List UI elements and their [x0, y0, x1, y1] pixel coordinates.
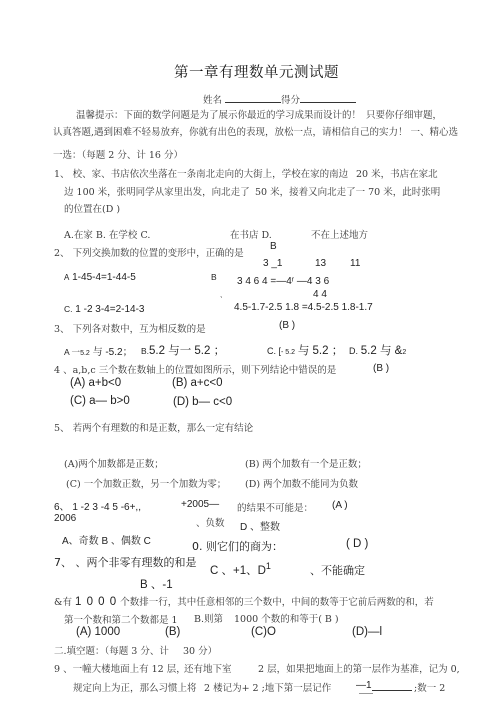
q6-option-ab: A、奇数 B 、偶数 C [62, 532, 151, 547]
q2-option-b-label: B [211, 272, 217, 282]
q1-line-2b: 50 米，接着又向北走了一 70 米，此时张明 [255, 184, 440, 198]
tip-line-1b: 只要你仔细审题， [366, 107, 442, 121]
q2-tick: 、 [220, 290, 227, 300]
q1-option-c: 在书店 D. [230, 227, 272, 241]
q6-stem-a: 6、 1 -2 3 -4 5 -6+,, [54, 498, 141, 513]
q3-option-c-small: - 5.2 [281, 349, 295, 356]
section-2-heading-a: 二.填空题：（每题 3 分、计 [54, 643, 169, 657]
q3-stem: 3、 下列各对数中，互为相反数的是 [54, 321, 206, 335]
q3-option-d: D. 5.2 与 &2 [349, 342, 406, 358]
q5-stem: 5、 若两个有理数的和是正数，那么一定有结论 [54, 420, 253, 434]
q3-option-b-text: 5.2 与一 5.2 ； [149, 345, 225, 357]
q3-option-d-prefix: D. [349, 346, 358, 356]
q3-option-c-rest: 与 5.2 ； [298, 345, 343, 357]
q1-option-ab: A.在家 B. 在学校 C. [64, 227, 150, 241]
q7-stem: 7、 、两个非零有理数的和是 [54, 554, 197, 570]
q8-line-2c: 1000 个数的和等于( B ) [234, 611, 339, 625]
q4-option-d: (D) b— c<0 [173, 396, 232, 408]
q2-frac-bot: 4 4 [313, 289, 327, 300]
q6-stem-b: +2005— [181, 499, 219, 510]
q8-line-2b: B.则第 [194, 611, 223, 625]
q8-line-1: &有 1 0 0 0 个数排一行，其中任意相邻的三个数中，中间的数等于它前后两数… [54, 594, 434, 608]
name-blank[interactable] [225, 92, 281, 103]
q2-option-c: C. 1 -2 3-4=2-14-3 [64, 304, 145, 315]
q3-option-a: A 一5.2 与 -5.2； [64, 343, 133, 358]
q2-option-a: A 1-45-4=1-44-5 [64, 272, 136, 283]
section-2-heading-b: 30 分） [183, 643, 217, 657]
q3-option-c: C. [- 5.2 与 5.2 ； [267, 342, 343, 358]
q2-option-c-text: 1 -2 3-4=2-14-3 [75, 304, 144, 315]
q4-answer: (B ) [373, 363, 389, 374]
q6-option-d: D 、整数 [240, 518, 280, 533]
q8-line-2a: 第一个数和第二个数都是 1 [64, 612, 178, 626]
q2-frac-mid: 3 4 6 4 =—4ʳ —4 3 6 [237, 276, 329, 287]
q2-frac-top-2: 13 [315, 258, 326, 269]
q6-year: 2006 [54, 513, 76, 524]
q2-frac-top-1: 3 _1 [263, 258, 282, 269]
name-label: 姓名 [203, 95, 222, 106]
q7-option-b: B 、-1 [140, 576, 173, 592]
q2-option-a-text: 1-45-4=1-44-5 [72, 272, 136, 283]
q7-option-e: 、不能确定 [310, 562, 365, 578]
q5-option-d: (D) 两个加数不能同为负数 [245, 476, 358, 490]
q5-option-c: (C) 一个加数正数，另一个加数为零； [66, 476, 226, 490]
tip-line-1a: 温馨提示：下面的数学问题是为了展示你最近的学习成果而设计的！ [76, 107, 361, 121]
score-label: 得分 [281, 95, 300, 106]
q1-line-1a: 1、 校、家、书店依次坐落在一条南北走向的大街上，学校在家的南边 [54, 166, 348, 180]
q9-line-2b: 2 楼记为+ 2 ;地下第一层记作 [204, 680, 331, 694]
q8-option-d: (D)—l [352, 626, 382, 638]
decorative-underline [359, 693, 373, 694]
q7-option-cd: C 、+1、D1 [210, 561, 271, 578]
q2-frac-top-3: 11 [350, 258, 360, 269]
q2-stem: 2、 下列交换加数的位置的变形中，正确的是 [54, 245, 244, 259]
q3-option-b: B.5.2 与一 5.2 ； [141, 342, 225, 358]
q1-option-d: 不在上述地方 [311, 227, 368, 241]
q9-line-2d: ;数一 2 [414, 680, 445, 694]
q8-option-a: (A) 1000 [76, 626, 120, 638]
q2-option-d: 4.5-1.7-2.5 1.8 =4.5-2.5 1.8-1.7 [234, 302, 373, 313]
q9-answer-blank[interactable] [372, 680, 412, 691]
q3-option-d-sub: 2 [402, 349, 406, 356]
page-title: 第一章有理数单元测试题 [174, 61, 339, 82]
q1-line-1b: 20 米，书店在家北 [356, 166, 438, 180]
score-blank[interactable] [300, 92, 356, 103]
q4-stem: 4 、a,b,c 三个数在数轴上的位置如图所示，则下列结论中错误的是 [54, 362, 336, 376]
q1-line-3: 的位置在(D ) [64, 201, 120, 215]
q2-option-c-label: C. [64, 304, 73, 314]
q5-option-a: (A)两个加数都是正数； [64, 456, 164, 470]
q7-option-d-sup: 1 [266, 561, 271, 571]
q6-option-c-text: 、负数 [196, 515, 225, 529]
q9-line-1a: 9 、一幢大楼地面上有 12 层， [54, 661, 186, 675]
q4-option-a: (A) a+b<0 [70, 377, 121, 389]
q3-option-a-prefix: A 一 [64, 347, 80, 357]
q2-answer: B [270, 241, 277, 252]
q9-line-2a: 规定向上为正，那么习惯上将 [73, 680, 197, 694]
q7-stem-tail: 0. 则它们的商为： [192, 538, 283, 554]
q6-answer: (A ) [332, 500, 348, 511]
q4-option-b: (B) a+c<0 [172, 377, 223, 389]
q8-option-b: (B) [165, 626, 180, 638]
q8-line-1-num: 1 0 0 0 [75, 596, 117, 608]
q3-option-a-small: 5.2 [80, 350, 90, 357]
q4-option-c: (C) a— b>0 [70, 395, 130, 407]
q3-option-b-prefix: B. [141, 346, 149, 356]
q8-line-1a: &有 [54, 597, 72, 608]
q8-option-c: (C)O [251, 626, 276, 638]
q1-line-2a: 边 100 米，张明同学从家里出发，向北走了 [64, 184, 250, 198]
q3-option-a-rest: 与 -5.2； [93, 347, 133, 358]
q6-stem-c: 的结果不可能是： [237, 500, 313, 514]
q5-option-b: (B) 两个加数有一个是正数； [245, 456, 367, 470]
name-score-line: 姓名 得分 [203, 92, 356, 106]
q8-line-1b: 个数排一行，其中任意相邻的三个数中，中间的数等于它前后两数的和，若 [120, 597, 434, 608]
q9-line-2c: —1 [356, 680, 372, 691]
section-1-heading: 一选：（每题 2 分、计 16 分） [53, 147, 183, 161]
q7-option-cd-text: C 、+1、D [210, 565, 266, 577]
q2-option-a-label: A [64, 273, 69, 282]
q3-option-c-prefix: C. [ [267, 346, 281, 356]
q7-answer: ( D ) [346, 538, 368, 550]
q9-line-1b: 还有地下室 [184, 661, 232, 675]
q3-answer: (B ) [279, 320, 295, 331]
q3-option-d-text: 5.2 与 & [361, 345, 403, 357]
tip-line-2: 认真答题,遇到困难不轻易放弃，你就有出色的表现，放松一点，请相信自己的实力！ 一… [53, 124, 458, 138]
q9-line-1c: 2 层，如果把地面上的第一层作为基准，记为 0, [258, 661, 460, 675]
